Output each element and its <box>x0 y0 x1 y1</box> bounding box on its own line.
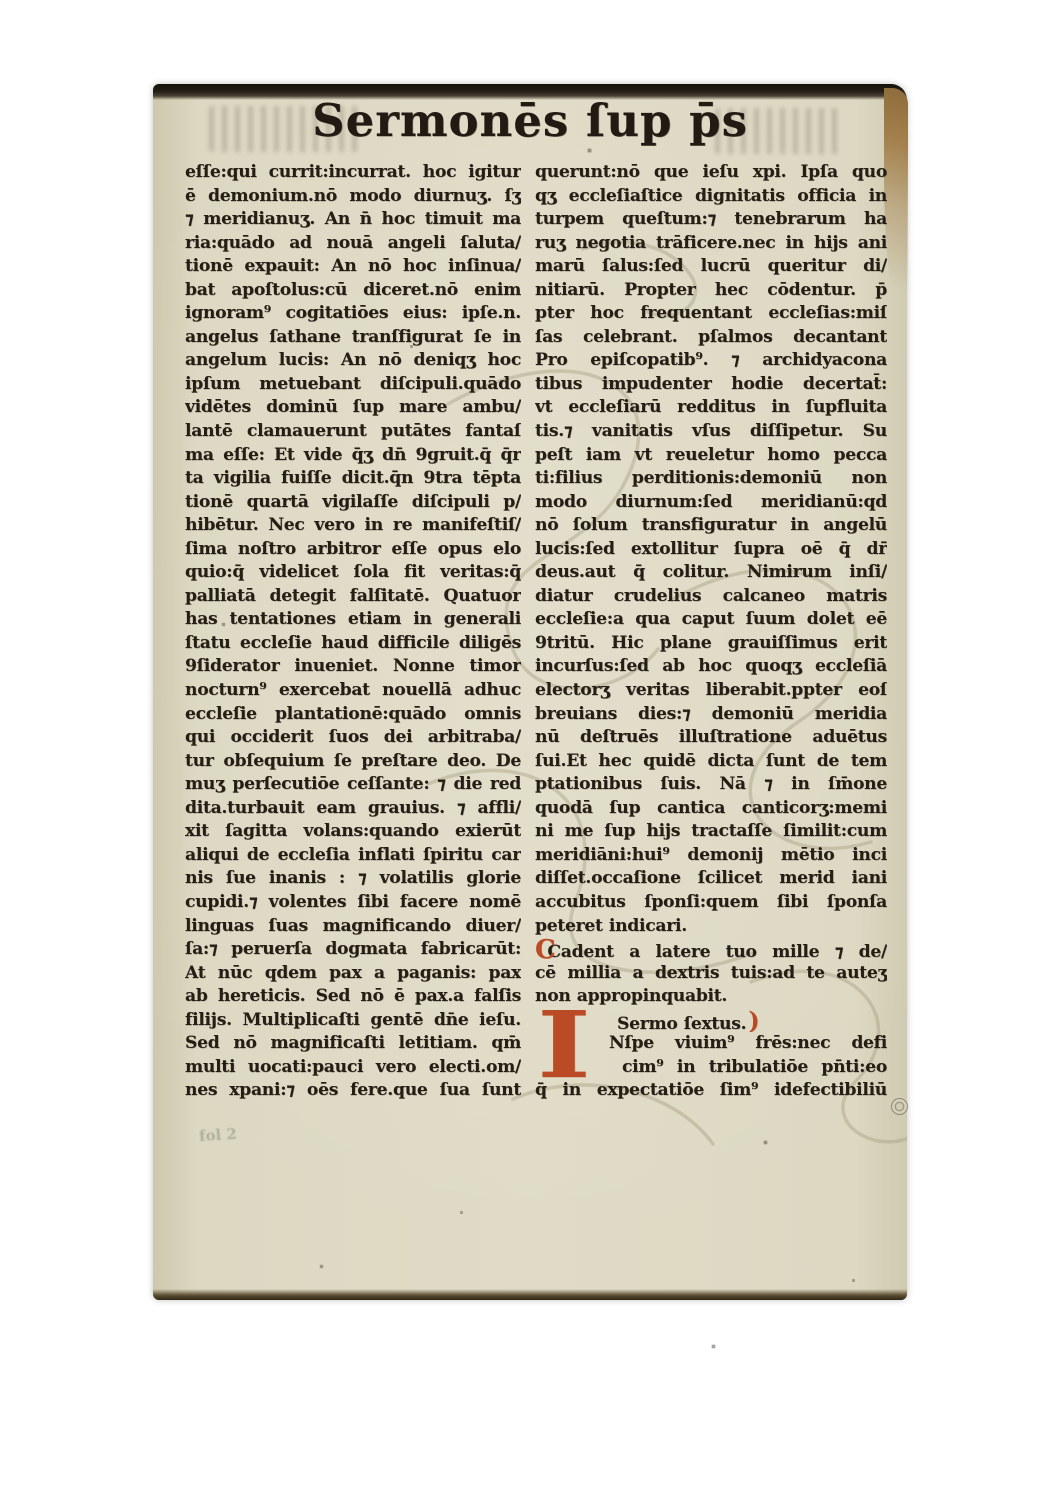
text-line: angelus ſathane tranſfigurat ſe in <box>185 326 521 350</box>
text-line: Pro epiſcopatib⁹. ⁊ archidyacona <box>535 349 887 373</box>
text-line: tis.⁊ vanitatis vſus diſſipetur. Su <box>535 420 887 444</box>
text-line: cupidi.⁊ volentes ſibi facere nomē <box>185 891 521 915</box>
text-line: quodā ſup cantica canticorʒ:memi <box>535 797 887 821</box>
text-block: eſſe:qui currit:incurrat. hoc igiturē de… <box>185 161 887 1103</box>
text-line: linguas ſuas magnificando diuer/ <box>185 915 521 939</box>
verse-line: CCadent a latere tuo mille ⁊ de/ <box>535 938 887 962</box>
text-line: incurſus:ſed ab hoc quoqʒ eccleſiā <box>535 655 887 679</box>
text-line: ē demonium.nō modo diurnuʒ. ſʒ <box>185 185 521 209</box>
text-line: xit ſagitta volans:quando exierūt <box>185 820 521 844</box>
text-line: nitiarū. Propter hec cōdentur. p̄ <box>535 279 887 303</box>
text-line: filijs. Multiplicaſti gentē dn̄e ieſu. <box>185 1009 521 1033</box>
text-line: diſſet.occaſione ſcilicet merid iani <box>535 867 887 891</box>
text-line: peteret indicari. <box>535 915 887 939</box>
text-line: aliqui de eccleſia inflati ſpiritu car <box>185 844 521 868</box>
text-line: vidētes dominū ſup mare ambu/ <box>185 396 521 420</box>
text-line: ſima noſtro arbitror eſſe opus elo <box>185 538 521 562</box>
text-line: ſui.Et hec quidē dicta ſunt de tem <box>535 750 887 774</box>
text-line: quio:q̄ videlicet ſola fit veritas:q̄ <box>185 561 521 585</box>
text-line: nes xpani:⁊ oēs fere.que ſua ſunt <box>185 1079 521 1103</box>
paper-specks <box>153 84 154 85</box>
text-line: ma eſſe: Et vide q̄ʒ dn̄ 9gruit.q̄ q̄r <box>185 444 521 468</box>
text-line: multi uocati:pauci vero electi.om/ <box>185 1056 521 1080</box>
text-line: querunt:nō que ieſu xpi. Ipſa quo <box>535 161 887 185</box>
section-end-mark: ) <box>748 1009 759 1033</box>
book-page: Sermonēs ſup p̄s eſſe:qui currit:incurra… <box>153 84 907 1300</box>
text-line: ruʒ negotia trāficere.nec in hijs ani <box>535 232 887 256</box>
text-line: marū ſalus:ſed lucrū queritur di/ <box>535 255 887 279</box>
text-line: eccleſie:a qua caput ſuum dolet eē <box>535 608 887 632</box>
text-line: qui occiderit ſuos dei arbitraba/ <box>185 726 521 750</box>
text-line: peſt iam vt reueletur homo pecca <box>535 444 887 468</box>
text-line: ria:quādo ad nouā angeli ſaluta/ <box>185 232 521 256</box>
text-line: dita.turbauit eam grauius. ⁊ affli/ <box>185 797 521 821</box>
text-line: deus.aut q̄ colitur. Nimirum inſi/ <box>535 561 887 585</box>
text-line: At nūc qdem pax a paganis: pax <box>185 962 521 986</box>
text-line: meridiāni:hui⁹ demonij mētio inci <box>535 844 887 868</box>
text-line: ta vigilia fuiſſe dicit.q̄n 9tra tēpta <box>185 467 521 491</box>
text-line: 9tritū. Hic plane grauiſſimus erit <box>535 632 887 656</box>
text-line: Sed nō magnificaſti letitiam. qm̄ <box>185 1032 521 1056</box>
text-line: eccleſie plantationē:quādo omnis <box>185 703 521 727</box>
text-line: tionē expauit: An nō hoc inſinua/ <box>185 255 521 279</box>
text-line: lantē clamauerunt putātes fantaſ <box>185 420 521 444</box>
text-line: ptationibus ſuis. Nā ⁊ in ſm̄one <box>535 773 887 797</box>
sermon-six-opening: I Sermo ſextus.) Nſpe viuim⁹ frēs:nec de… <box>535 1009 887 1080</box>
text-line: nū deſtruēs illuſtratione aduētus <box>535 726 887 750</box>
pencil-annotation: fol 2 <box>198 1125 237 1146</box>
text-line: ſa:⁊ peruerſa dogmata fabricarūt: <box>185 938 521 962</box>
text-line: modo diurnum:ſed meridianū:qd <box>535 491 887 515</box>
page-bottom-edge <box>153 1289 907 1300</box>
text-line: nis ſue inanis : ⁊ volatilis glorie <box>185 867 521 891</box>
text-line: ⁊ meridianuʒ. An n̄ hoc timuit ma <box>185 208 521 232</box>
text-line: bat apoſtolus:cū diceret.nō enim <box>185 279 521 303</box>
text-line: qʒ eccleſiaſtice dignitatis officia in <box>535 185 887 209</box>
text-line: ſtatu eccleſie haud difficile diligēs <box>185 632 521 656</box>
text-line: palliatā detegit falſitatē. Quatuor <box>185 585 521 609</box>
text-line: eſſe:qui currit:incurrat. hoc igitur <box>185 161 521 185</box>
text-line: 9ſiderator inueniet. Nonne timor <box>185 655 521 679</box>
text-line: ti:filius perditionis:demoniū non <box>535 467 887 491</box>
text-line: lucis:ſed extollitur ſupra oē q̄ dr̄ <box>535 538 887 562</box>
text-line: accubitus ſponſi:quem ſibi ſponſa <box>535 891 887 915</box>
running-title: Sermonēs ſup p̄s <box>153 94 907 147</box>
right-column-body: querunt:nō que ieſu xpi. Ipſa quoqʒ eccl… <box>535 161 887 915</box>
text-line: has tentationes etiam in generali <box>185 608 521 632</box>
sermon-heading-text: Sermo ſextus. <box>617 1014 746 1033</box>
paragraph-mark: C <box>535 939 555 962</box>
text-line: nō ſolum transfiguratur in angelū <box>535 514 887 538</box>
left-column: eſſe:qui currit:incurrat. hoc igiturē de… <box>185 161 521 1103</box>
text-line: diatur crudelius calcaneo matris <box>535 585 887 609</box>
small-stamp-ring <box>891 1098 908 1115</box>
text-line: turpem queſtum:⁊ tenebrarum ha <box>535 208 887 232</box>
verse-text: Cadent a latere tuo mille ⁊ de/ <box>547 942 887 962</box>
text-line: nocturn⁹ exercebat nouellā adhuc <box>185 679 521 703</box>
text-line: ignoram⁹ cogitatiōes eius: ipſe.n. <box>185 302 521 326</box>
verse-line: cē millia a dextris tuis:ad te auteʒ <box>535 962 887 986</box>
text-line: vt eccleſiarū redditus in ſupfluita <box>535 396 887 420</box>
text-line: breuians dies:⁊ demoniū meridia <box>535 703 887 727</box>
text-line: ni me ſup hijs tractaſſe ſimilit:cum <box>535 820 887 844</box>
text-line: tur obſequium ſe preſtare deo. De <box>185 750 521 774</box>
right-column: querunt:nō que ieſu xpi. Ipſa quoqʒ eccl… <box>535 161 887 1103</box>
text-line: tibus impudenter hodie decertat̄: <box>535 373 887 397</box>
text-line: pter hoc frequentant eccleſias:miſ <box>535 302 887 326</box>
text-line: angelum lucis: An nō deniqʒ hoc <box>185 349 521 373</box>
text-line: ab hereticis. Sed nō ē pax.a falſis <box>185 985 521 1009</box>
text-line: ipſum metuebant diſcipuli.quādo <box>185 373 521 397</box>
text-line: electorʒ veritas liberabit.ppter eoſ <box>535 679 887 703</box>
text-line: muʒ perſecutiōe ceſſante: ⁊ die red <box>185 773 521 797</box>
text-line: tionē quartā vigilaſſe diſcipuli p/ <box>185 491 521 515</box>
text-line: hibētur. Nec vero in re manifeſtiſ/ <box>185 514 521 538</box>
text-line: ſas celebrant. pſalmos decantant <box>535 326 887 350</box>
drop-cap-initial: I <box>537 1005 617 1085</box>
